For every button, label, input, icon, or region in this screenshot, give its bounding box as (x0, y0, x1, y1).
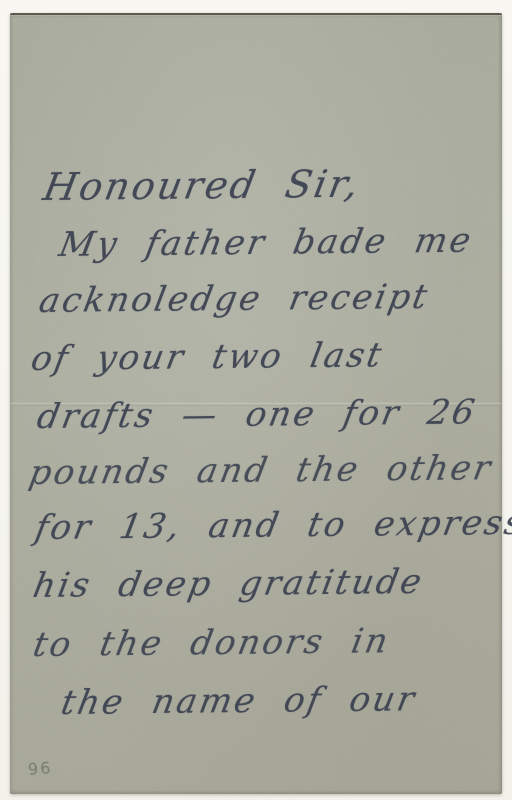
letter-paper: Honoured Sir, My father bade me acknoled… (10, 13, 502, 794)
scanned-letter: Honoured Sir, My father bade me acknoled… (0, 0, 512, 800)
letter-line-salutation: Honoured Sir, (40, 162, 364, 209)
letter-line: of your two last (28, 335, 387, 379)
scan-background: { "scan": { "background_color": "#f6f5ef… (0, 0, 512, 800)
pencil-annotation: 96 (27, 758, 53, 779)
letter-line: acknoledge receipt (36, 277, 433, 321)
letter-line: pounds and the other (26, 448, 496, 493)
letter-line: his deep gratitude (30, 562, 427, 606)
letter-body: Honoured Sir, My father bade me acknoled… (10, 15, 502, 794)
letter-line: drafts — one for 26 (34, 392, 480, 437)
letter-line: to the donors in (30, 621, 393, 665)
letter-line: the name of our (58, 679, 420, 723)
letter-line: My father bade me (56, 221, 476, 265)
letter-line: for 13, and to express (32, 503, 512, 548)
